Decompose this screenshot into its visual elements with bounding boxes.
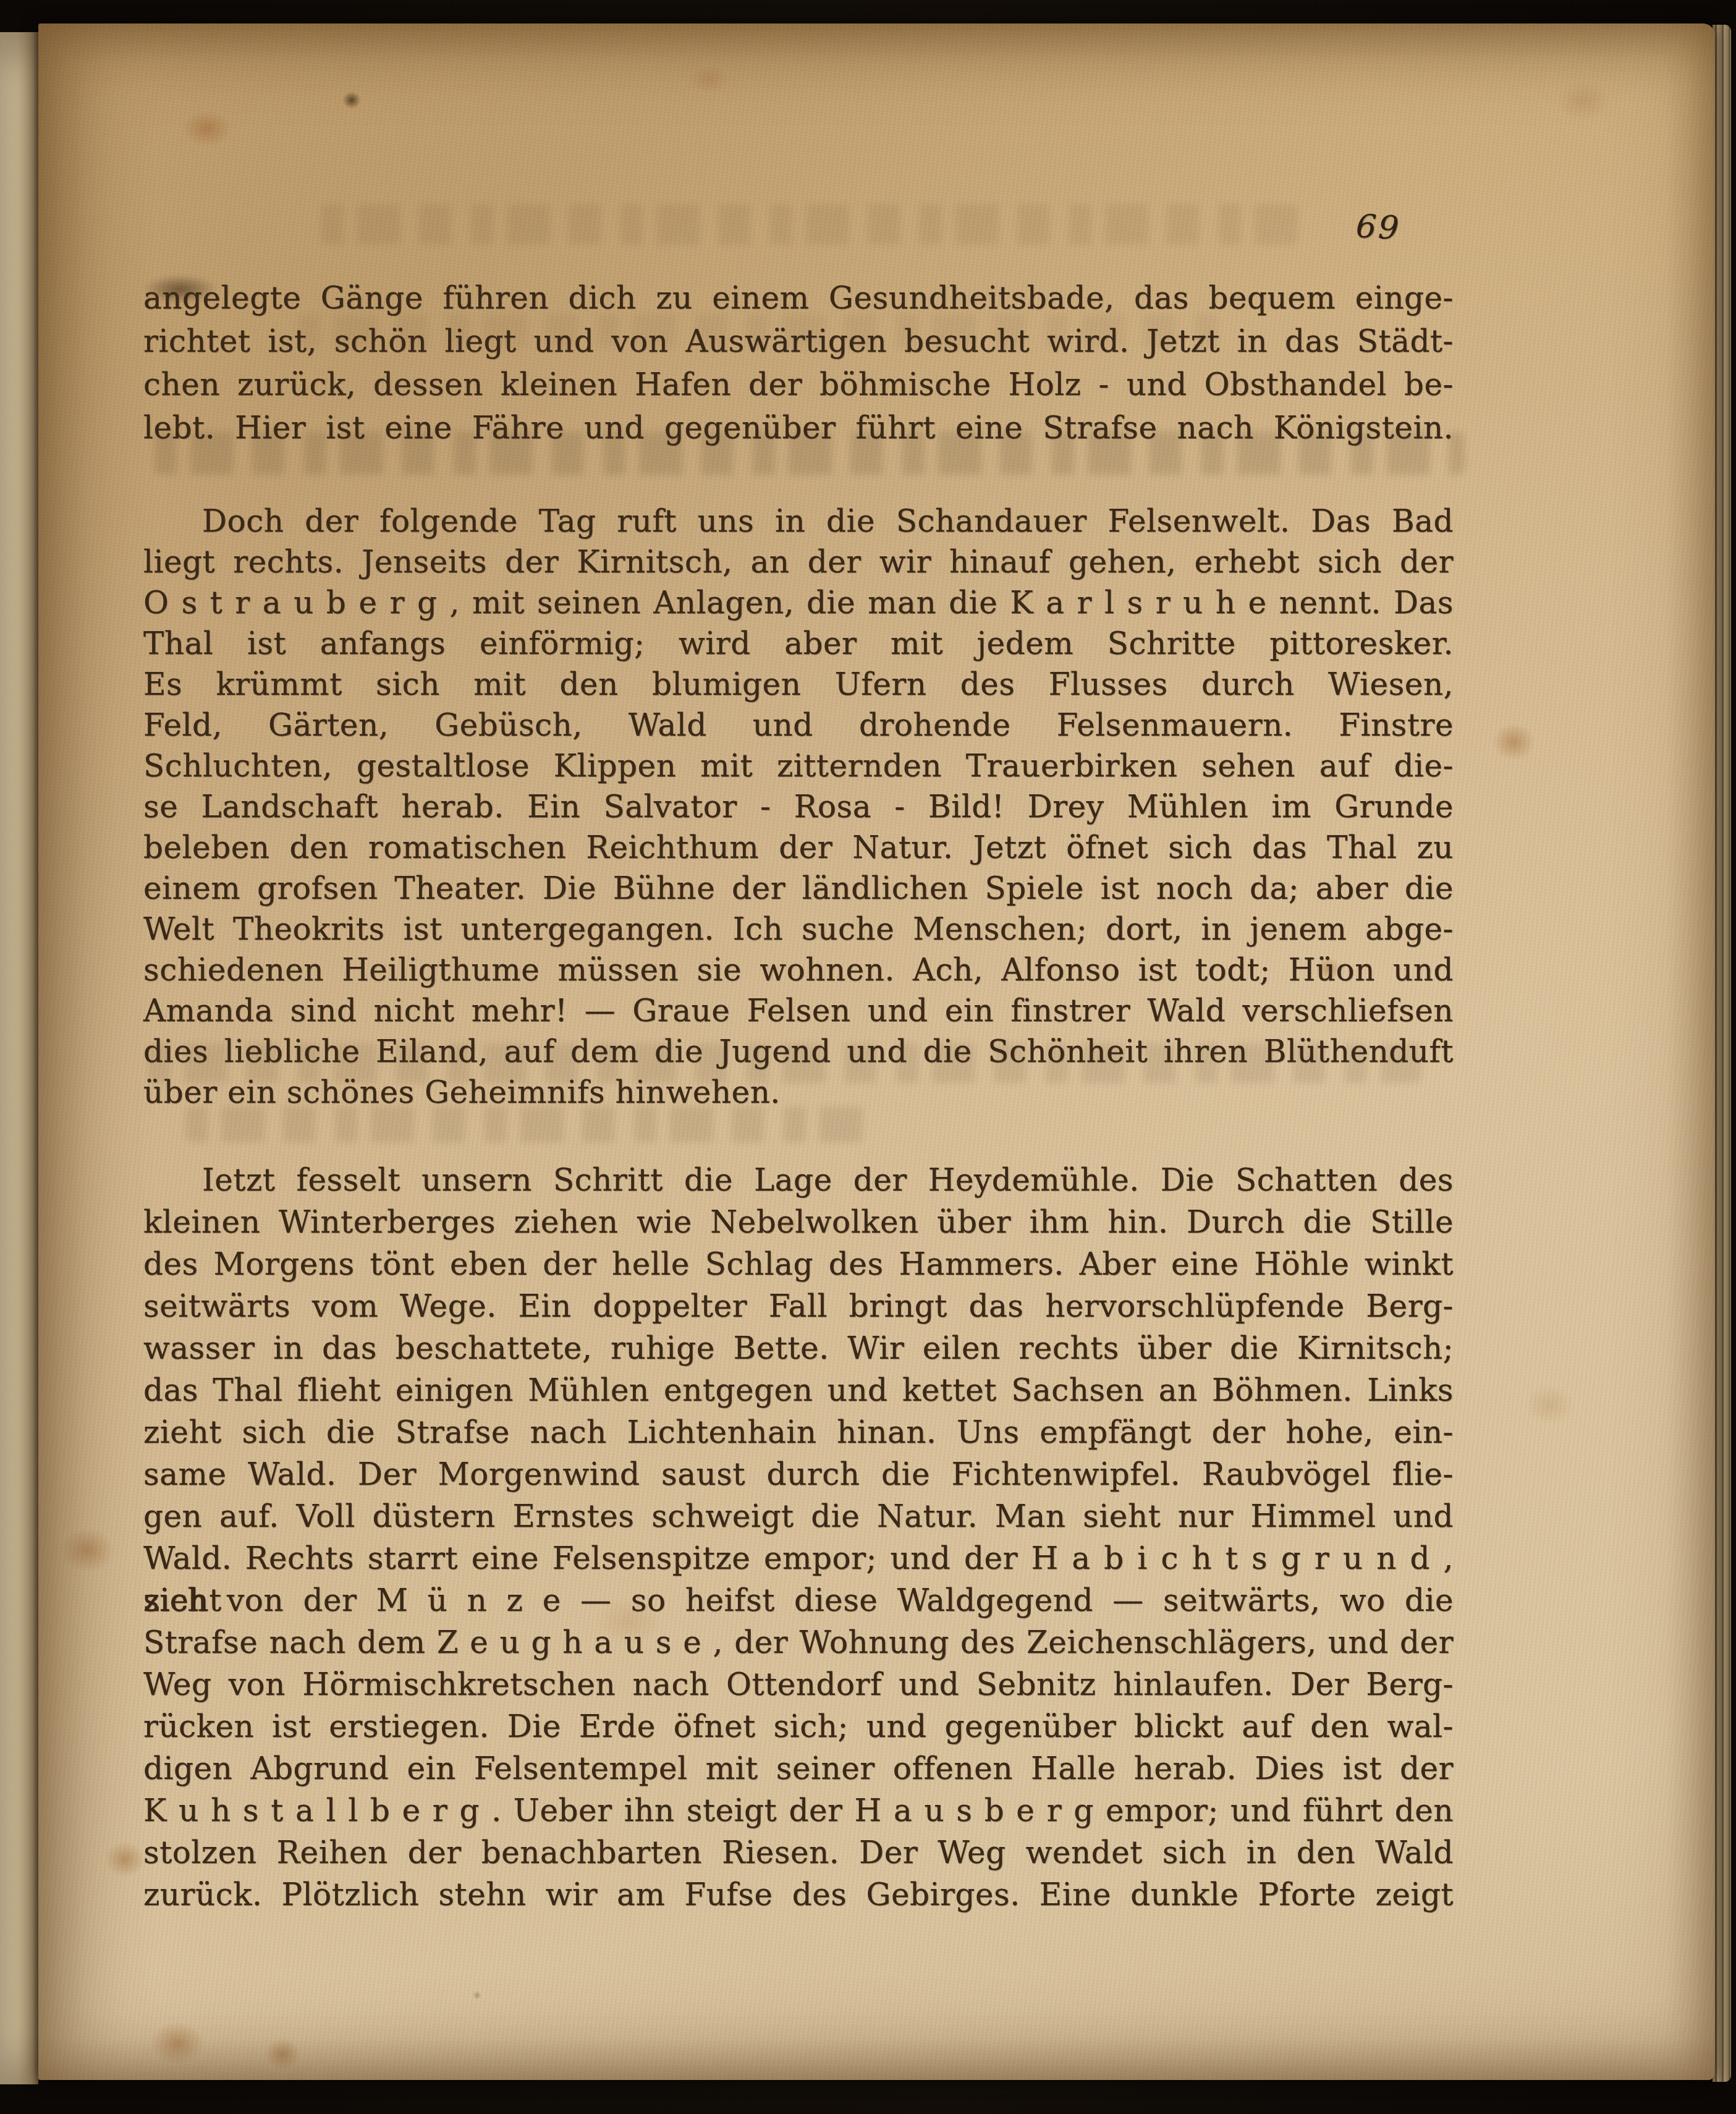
text-line: Doch der folgende Tag ruft uns in die Sc… bbox=[143, 501, 1454, 541]
text-line: lebt. Hier ist eine Fähre und gegenüber … bbox=[143, 406, 1454, 449]
text-block: angelegte Gänge führen dich zu einem Ges… bbox=[143, 276, 1454, 1916]
text-line: Strafse nach dem Z e u g h a u s e , der… bbox=[143, 1621, 1454, 1663]
book-page: 69 angelegte Gänge führen dich zu einem … bbox=[38, 23, 1715, 2080]
text-line: digen Abgrund ein Felsentempel mit seine… bbox=[143, 1747, 1454, 1789]
foxing-stain bbox=[681, 61, 737, 98]
text-line: beleben den romatischen Reichthum der Na… bbox=[143, 827, 1454, 868]
text-line: se Landschaft herab. Ein Salvator - Rosa… bbox=[143, 786, 1454, 827]
text-line: dies liebliche Eiland, auf dem die Jugen… bbox=[143, 1031, 1454, 1072]
text-line: angelegte Gänge führen dich zu einem Ges… bbox=[143, 276, 1454, 320]
text-line: des Morgens tönt eben der helle Schlag d… bbox=[143, 1243, 1454, 1285]
previous-page-edge bbox=[0, 32, 38, 2084]
text-line: chen zurück, dessen kleinen Hafen der bö… bbox=[143, 363, 1454, 406]
text-line: Amanda sind nicht mehr! — Graue Felsen u… bbox=[143, 990, 1454, 1031]
text-line: O s t r a u b e r g , mit seinen Anlagen… bbox=[143, 582, 1454, 623]
foxing-stain bbox=[258, 2032, 307, 2076]
text-line: Wald. Rechts starrt eine Felsenspitze em… bbox=[143, 1537, 1454, 1579]
text-line: Ietzt fesselt unsern Schritt die Lage de… bbox=[143, 1159, 1454, 1201]
foxing-stain bbox=[1484, 716, 1543, 768]
paragraph-3: Ietzt fesselt unsern Schritt die Lage de… bbox=[143, 1159, 1454, 1916]
paragraph-2: Doch der folgende Tag ruft uns in die Sc… bbox=[143, 501, 1454, 1113]
text-line: liegt rechts. Jenseits der Kirnitsch, an… bbox=[143, 541, 1454, 582]
foxing-stain bbox=[1546, 73, 1620, 129]
text-line: Welt Theokrits ist untergegangen. Ich su… bbox=[143, 909, 1454, 949]
text-line: same Wald. Der Morgenwind saust durch di… bbox=[143, 1453, 1454, 1495]
text-line: kleinen Winterberges ziehen wie Nebelwol… bbox=[143, 1201, 1454, 1243]
foxing-stain bbox=[51, 1519, 125, 1581]
text-line: über ein schönes Geheimnifs hinwehen. bbox=[143, 1072, 1454, 1113]
foxing-stain bbox=[339, 88, 365, 112]
text-line: Es krümmt sich mit den blumigen Ufern de… bbox=[143, 664, 1454, 705]
foxing-stain bbox=[1515, 1377, 1583, 1433]
text-line: zurück. Plötzlich stehn wir am Fufse des… bbox=[143, 1874, 1454, 1916]
text-line: wasser in das beschattete, ruhige Bette.… bbox=[143, 1327, 1454, 1369]
text-line: Thal ist anfangs einförmig; wird aber mi… bbox=[143, 623, 1454, 664]
text-line: rücken ist erstiegen. Die Erde öfnet sic… bbox=[143, 1705, 1454, 1747]
text-line: sich von der M ü n z e — so heifst diese… bbox=[143, 1579, 1454, 1621]
text-line: Feld, Gärten, Gebüsch, Wald und drohende… bbox=[143, 705, 1454, 745]
text-line: schiedenen Heiligthume müssen sie wohnen… bbox=[143, 949, 1454, 990]
text-line: stolzen Reihen der benachbarten Riesen. … bbox=[143, 1832, 1454, 1874]
bleedthrough-band bbox=[321, 204, 1298, 245]
foxing-stain bbox=[140, 2014, 214, 2073]
text-line: Schluchten, gestaltlose Klippen mit zitt… bbox=[143, 745, 1454, 786]
text-line: Weg von Hörmischkretschen nach Ottendorf… bbox=[143, 1663, 1454, 1705]
book-scan-background: 69 angelegte Gänge führen dich zu einem … bbox=[0, 0, 1736, 2114]
page-stack-edge bbox=[1713, 25, 1731, 2082]
text-line: das Thal flieht einigen Mühlen entgegen … bbox=[143, 1369, 1454, 1411]
paragraph-1: angelegte Gänge führen dich zu einem Ges… bbox=[143, 276, 1454, 449]
text-line: richtet ist, schön liegt und von Auswärt… bbox=[143, 320, 1454, 363]
foxing-stain bbox=[173, 104, 241, 153]
text-line: K u h s t a l l b e r g . Ueber ihn stei… bbox=[143, 1789, 1454, 1832]
ink-spot bbox=[471, 1989, 483, 2002]
text-line: seitwärts vom Wege. Ein doppelter Fall b… bbox=[143, 1285, 1454, 1327]
page-number: 69 bbox=[1355, 208, 1401, 247]
text-line: zieht sich die Strafse nach Lichtenhain … bbox=[143, 1411, 1454, 1453]
text-line: einem grofsen Theater. Die Bühne der län… bbox=[143, 868, 1454, 909]
text-line: gen auf. Voll düstern Ernstes schweigt d… bbox=[143, 1495, 1454, 1537]
